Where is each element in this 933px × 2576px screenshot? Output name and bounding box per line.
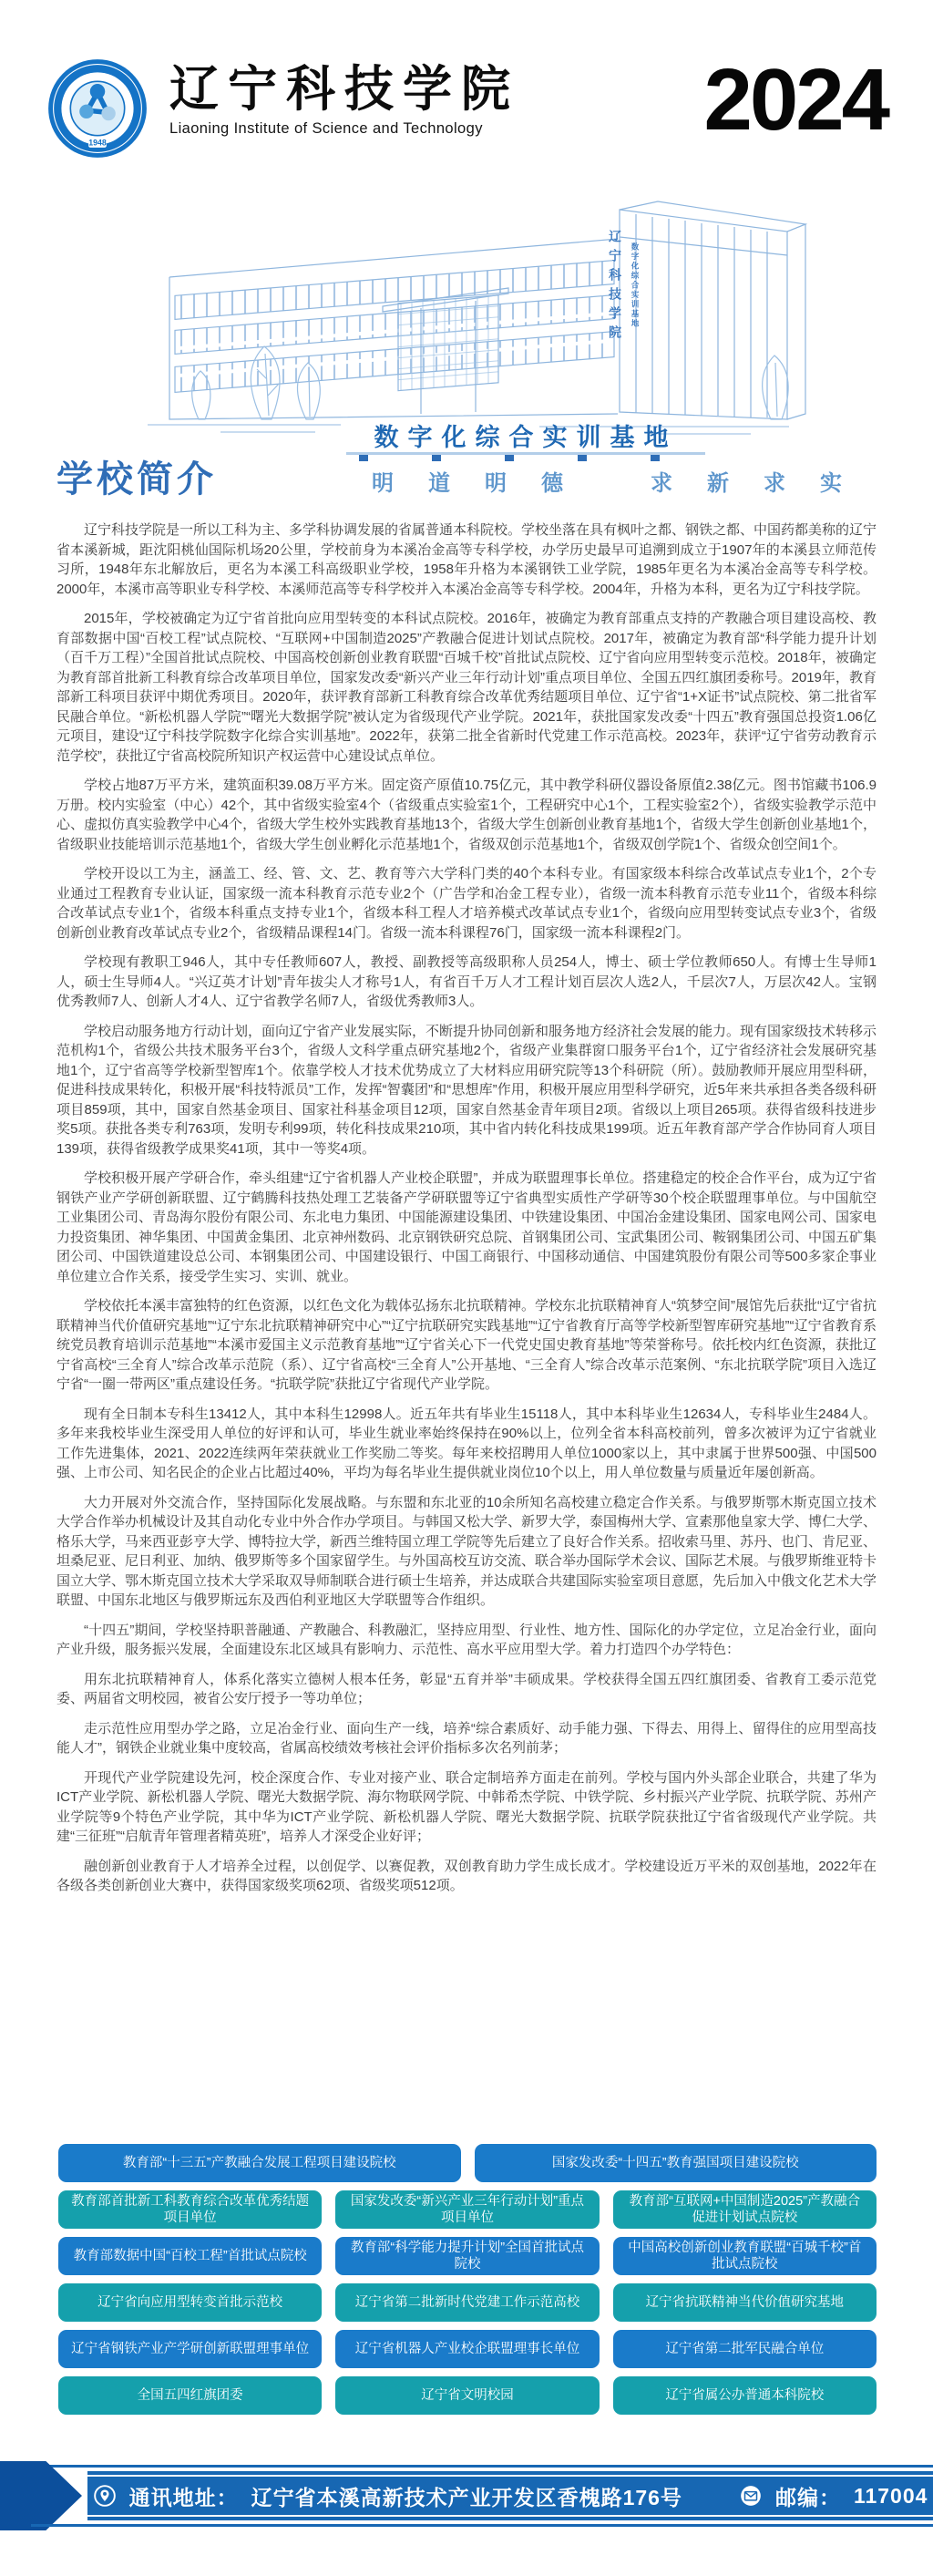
award-badge: 教育部“科学能力提升计划”全国首批试点院校 [335, 2237, 599, 2275]
brochure-page: 1948 辽宁科技学院 Liaoning Institute of Scienc… [0, 0, 933, 2576]
badge-row: 辽宁省向应用型转变首批示范校 辽宁省第二批新时代党建工作示范高校 辽宁省抗联精神… [58, 2283, 877, 2322]
school-name-cn: 辽宁科技学院 [169, 60, 519, 117]
award-badge: 辽宁省向应用型转变首批示范校 [58, 2283, 322, 2322]
building-illustration: 数字化综合实训基地 辽宁科技学院 数字化综合实训基地 [0, 190, 933, 465]
paragraph: “十四五”期间，学校坚持职普融通、产教融合、科教融汇，坚持应用型、行业性、地方性… [56, 1621, 877, 1660]
award-badge: 教育部“十三五”产教融合发展工程项目建设院校 [58, 2144, 461, 2182]
ribbon-bar: 通讯地址：辽宁省本溪高新技术产业开发区香槐路176号 邮编：117004 [87, 2471, 933, 2520]
badge-row: 辽宁省钢铁产业产学研创新联盟理事单位 辽宁省机器人产业校企联盟理事长单位 辽宁省… [58, 2330, 877, 2368]
award-badge: 国家发改委“新兴产业三年行动计划”重点项目单位 [335, 2190, 599, 2229]
award-badge: 辽宁省属公办普通本科院校 [613, 2376, 877, 2415]
logo-year-label: 1948 [88, 139, 107, 148]
address-value: 辽宁省本溪高新技术产业开发区香槐路176号 [251, 2481, 682, 2511]
badge-row: 教育部数据中国“百校工程”首批试点院校 教育部“科学能力提升计划”全国首批试点院… [58, 2237, 877, 2275]
school-motto: 明道明德 求新求实 [372, 465, 877, 502]
motto-right: 求新求实 [651, 465, 877, 497]
paragraph: 学校依托本溪丰富独特的红色资源，以红色文化为载体弘扬东北抗联精神。学校东北抗联精… [56, 1296, 877, 1395]
header: 1948 辽宁科技学院 Liaoning Institute of Scienc… [0, 0, 933, 159]
paragraph: 学校开设以工为主，涵盖工、经、管、文、艺、教育等六大学科门类的40个本科专业。有… [56, 864, 877, 943]
paragraph: 现有全日制本专科生13412人，其中本科生12998人。近五年共有毕业生1511… [56, 1405, 877, 1483]
award-badge: 辽宁省钢铁产业产学研创新联盟理事单位 [58, 2330, 322, 2368]
section-title-row: 学校简介 明道明德 求新求实 [0, 450, 933, 502]
postcode-label: 邮编： [775, 2481, 841, 2511]
school-logo: 1948 [47, 58, 148, 159]
building-side-label: 辽宁科技学院 [605, 230, 623, 345]
award-badge: 中国高校创新创业教育联盟“百城千校”首批试点院校 [613, 2237, 877, 2275]
ribbon-top-line [31, 2465, 933, 2468]
building-sketch: 数字化综合实训基地 [111, 190, 822, 465]
badge-row: 教育部首批新工科教育综合改革优秀结题项目单位 国家发改委“新兴产业三年行动计划”… [58, 2190, 877, 2229]
motto-left: 明道明德 [372, 465, 598, 497]
paragraph: 2015年，学校被确定为辽宁省首批向应用型转变的本科试点院校。2016年，被确定… [56, 609, 877, 766]
paragraph: 走示范性应用型办学之路，立足冶金行业、面向生产一线，培养“综合素质好、动手能力强… [56, 1719, 877, 1758]
paragraph: 融创新创业教育于人才培养全过程，以创促学、以赛促教，双创教育助力学生成长成才。学… [56, 1857, 877, 1896]
location-icon [93, 2484, 117, 2508]
postcode-value: 117004 [854, 2484, 928, 2509]
award-badge: 辽宁省文明校园 [335, 2376, 599, 2415]
award-badge: 辽宁省第二批新时代党建工作示范高校 [335, 2283, 599, 2322]
paragraph: 辽宁科技学院是一所以工科为主、多学科协调发展的省属普通本科院校。学校坐落在具有枫… [56, 520, 877, 599]
introduction-text: 辽宁科技学院是一所以工科为主、多学科协调发展的省属普通本科院校。学校坐落在具有枫… [56, 520, 877, 2117]
honor-badges: 教育部“十三五”产教融合发展工程项目建设院校 国家发改委“十四五”教育强国项目建… [58, 2144, 877, 2415]
envelope-icon [739, 2484, 763, 2508]
award-badge: 国家发改委“十四五”教育强国项目建设院校 [475, 2144, 877, 2182]
footer-ribbon: 通讯地址：辽宁省本溪高新技术产业开发区香槐路176号 邮编：117004 [0, 2465, 933, 2527]
award-badge: 全国五四红旗团委 [58, 2376, 322, 2415]
school-name-block: 辽宁科技学院 Liaoning Institute of Science and… [169, 58, 519, 138]
building-side-label-small: 数字化综合实训基地 [630, 242, 641, 329]
badge-row: 教育部“十三五”产教融合发展工程项目建设院校 国家发改委“十四五”教育强国项目建… [58, 2144, 877, 2182]
award-badge: 辽宁省第二批军民融合单位 [613, 2330, 877, 2368]
school-name-en: Liaoning Institute of Science and Techno… [169, 120, 519, 138]
page-title: 学校简介 [56, 450, 217, 502]
award-badge: 教育部“互联网+中国制造2025”产教融合促进计划试点院校 [613, 2190, 877, 2229]
paragraph: 学校启动服务地方行动计划，面向辽宁省产业发展实际，不断提升协同创新和服务地方经济… [56, 1022, 877, 1159]
ribbon-bottom-line [31, 2524, 933, 2527]
ribbon-left-chevron [0, 2461, 82, 2530]
award-badge: 辽宁省机器人产业校企联盟理事长单位 [335, 2330, 599, 2368]
address-label: 通讯地址： [129, 2481, 239, 2511]
paragraph: 学校积极开展产学研合作，牵头组建“辽宁省机器人产业校企联盟”，并成为联盟理事长单… [56, 1169, 877, 1286]
ribbon-content: 通讯地址：辽宁省本溪高新技术产业开发区香槐路176号 邮编：117004 [87, 2475, 933, 2517]
award-badge: 教育部数据中国“百校工程”首批试点院校 [58, 2237, 322, 2275]
badge-row: 全国五四红旗团委 辽宁省文明校园 辽宁省属公办普通本科院校 [58, 2376, 877, 2415]
paragraph: 大力开展对外交流合作，坚持国际化发展战略。与东盟和东北亚的10余所知名高校建立稳… [56, 1493, 877, 1611]
paragraph: 用东北抗联精神育人，体系化落实立德树人根本任务，彰显“五育并举”丰硕成果。学校获… [56, 1670, 877, 1709]
paragraph: 学校占地87万平方米，建筑面积39.08万平方米。固定资产原值10.75亿元，其… [56, 776, 877, 854]
building-sign-text: 数字化综合实训基地 [374, 423, 678, 451]
award-badge: 辽宁省抗联精神当代价值研究基地 [613, 2283, 877, 2322]
paragraph: 开现代产业学院建设先河，校企深度合作、专业对接产业、联合定制培养方面走在前列。学… [56, 1768, 877, 1847]
year-label: 2024 [703, 58, 887, 141]
paragraph: 学校现有教职工946人，其中专任教师607人，教授、副教授等高级职称人员254人… [56, 953, 877, 1012]
award-badge: 教育部首批新工科教育综合改革优秀结题项目单位 [58, 2190, 322, 2229]
